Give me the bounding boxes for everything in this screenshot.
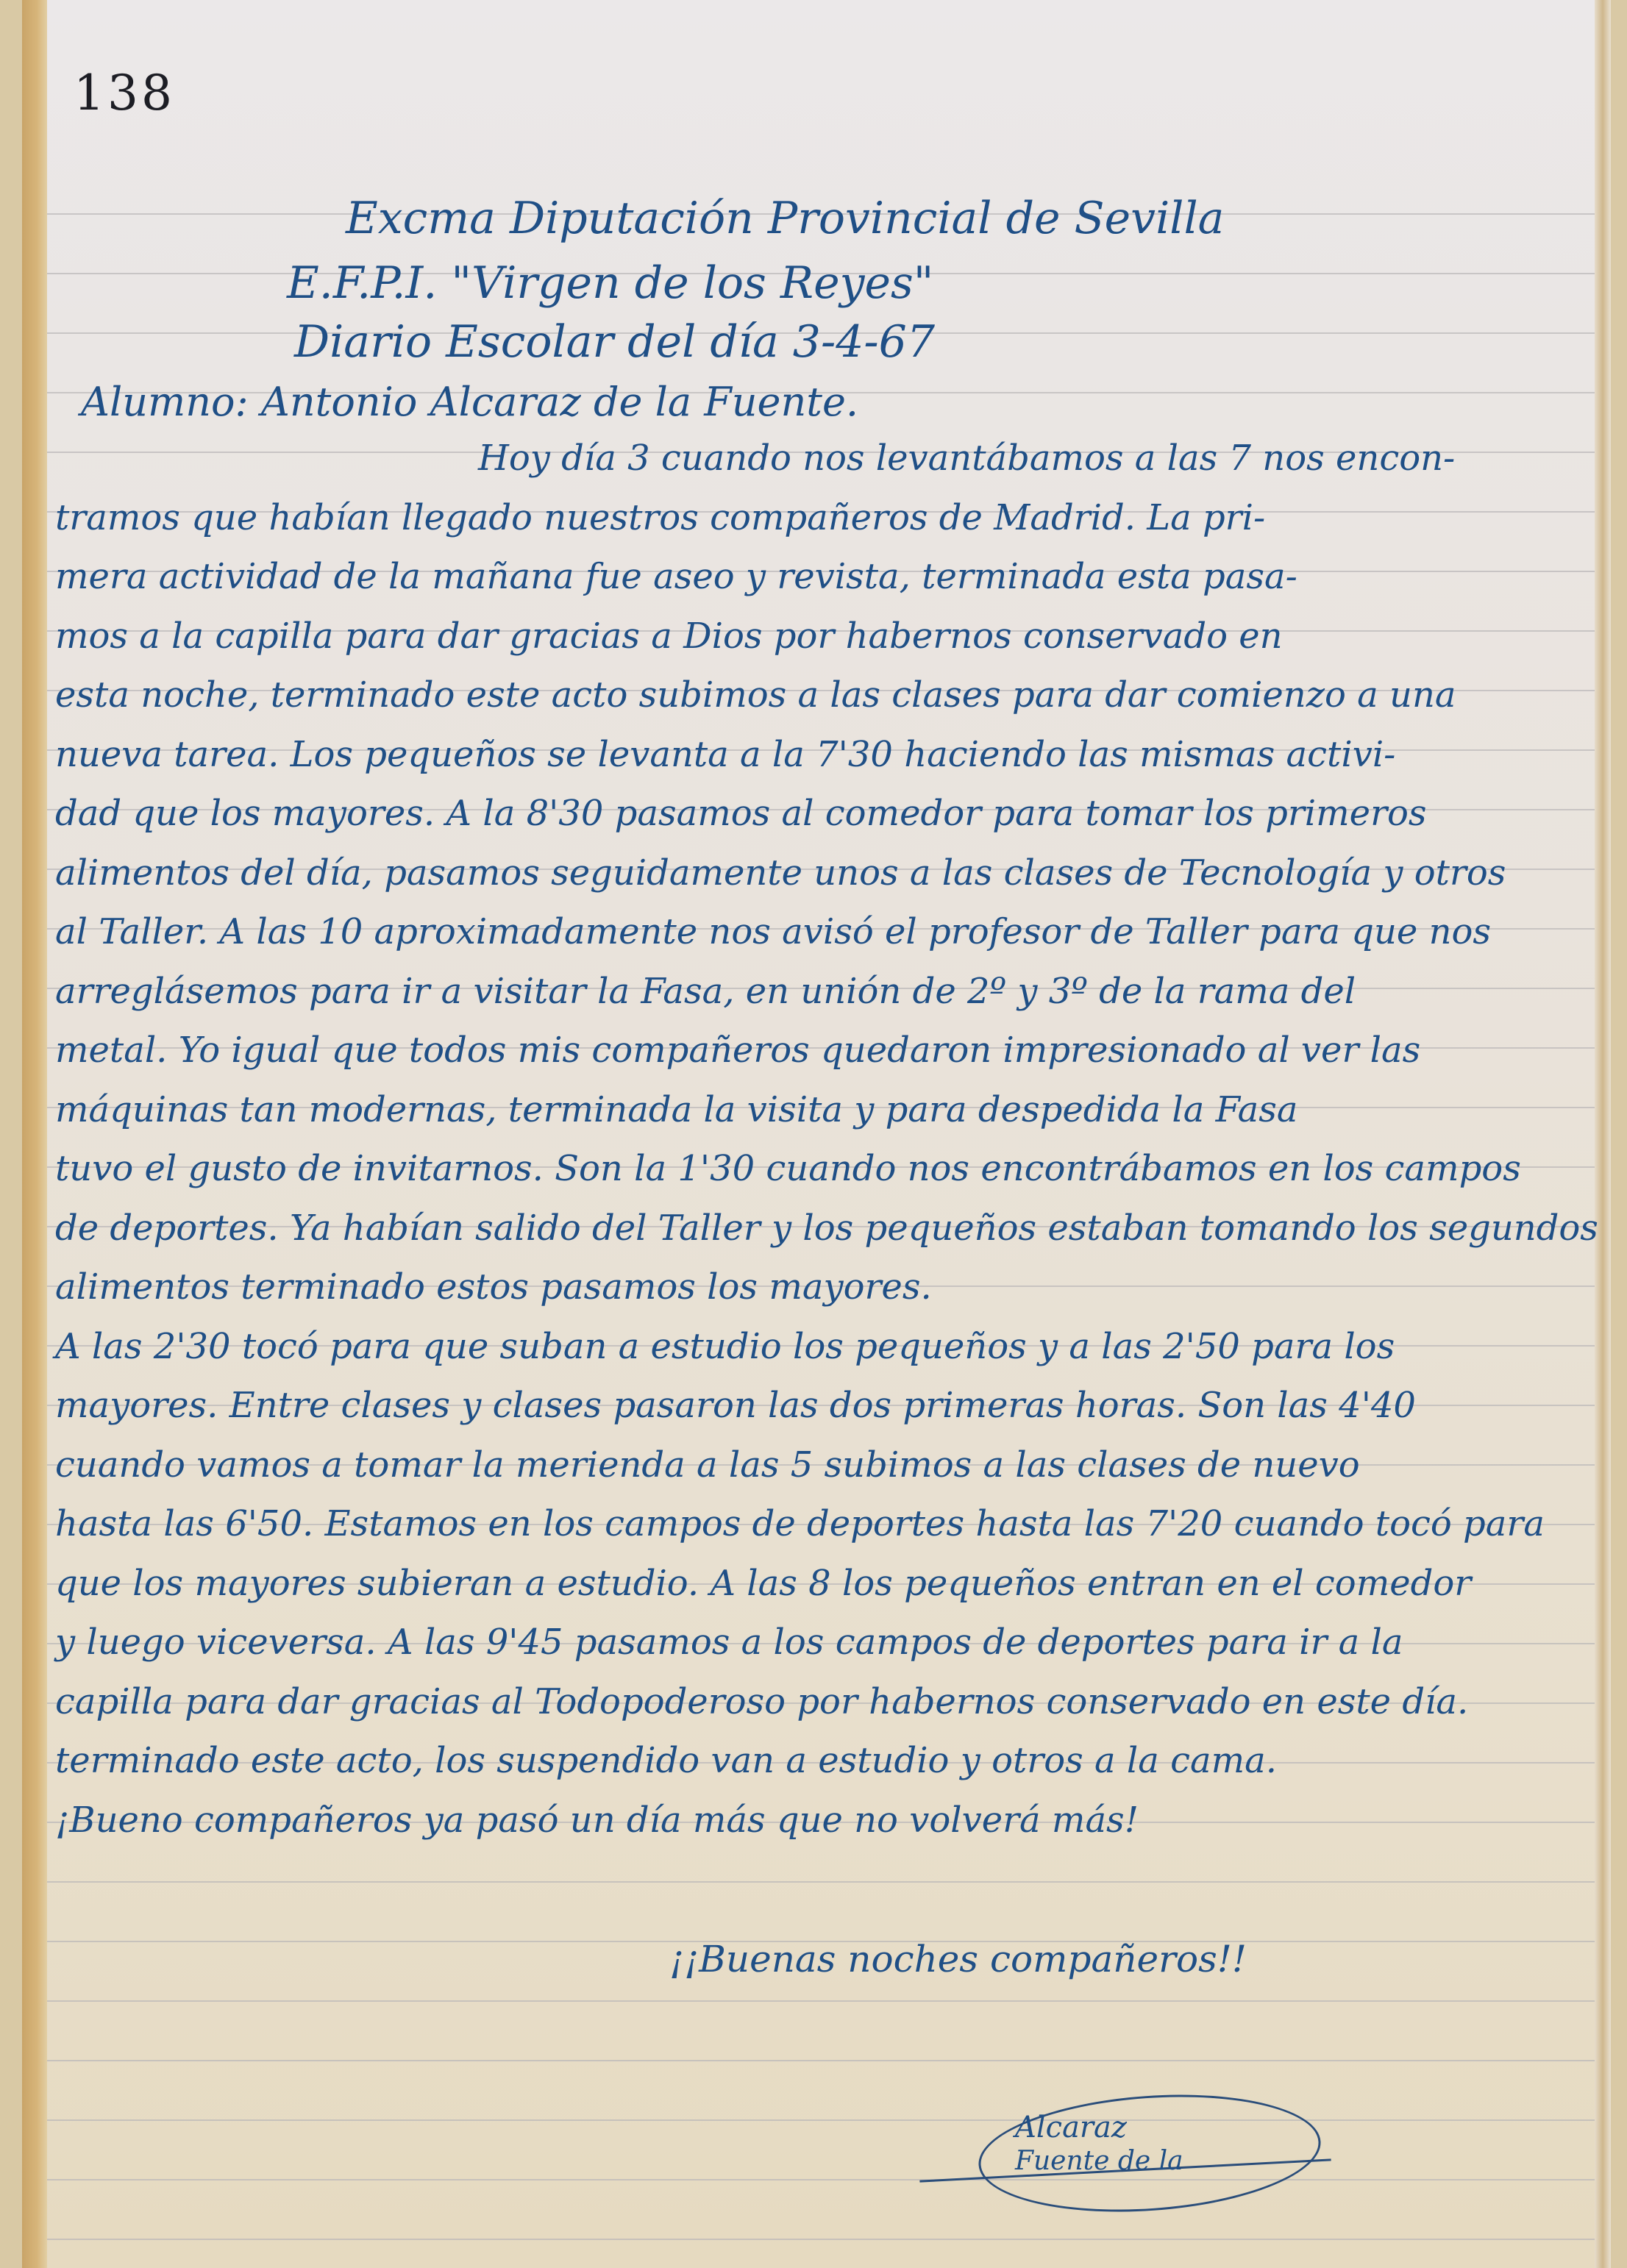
diary-line: Hoy día 3 cuando nos levantábamos a las … (478, 438, 1455, 479)
header-school: E.F.P.I. "Virgen de los Reyes" (287, 257, 933, 309)
page-left-edge (22, 0, 47, 2268)
header-institution: Excma Diputación Provincial de Sevilla (346, 193, 1224, 244)
diary-line: mayores. Entre clases y clases pasaron l… (55, 1385, 1416, 1426)
diary-line: esta noche, terminado este acto subimos … (55, 674, 1456, 716)
ruled-line (47, 2060, 1595, 2061)
diary-line: alimentos terminado estos pasamos los ma… (55, 1266, 932, 1308)
ruled-line (47, 2000, 1595, 2002)
ruled-line (47, 2119, 1595, 2121)
diary-line: y luego viceversa. A las 9'45 pasamos a … (55, 1622, 1403, 1663)
signature: Alcaraz Fuente de la (971, 2089, 1353, 2236)
diary-line: cuando vamos a tomar la merienda a las 5… (55, 1444, 1360, 1486)
diary-line: mera actividad de la mañana fue aseo y r… (55, 556, 1297, 597)
header-student: Alumno: Antonio Alcaraz de la Fuente. (81, 379, 858, 425)
page-right-edge (1595, 0, 1611, 2268)
ruled-line (47, 2239, 1595, 2240)
diary-line: ¡Bueno compañeros ya pasó un día más que… (55, 1800, 1139, 1841)
ruled-line (47, 1881, 1595, 1883)
diary-line: terminado este acto, los suspendido van … (55, 1740, 1277, 1781)
signature-line1: Alcaraz (1015, 2111, 1127, 2144)
closing-greeting: ¡¡Buenas noches compañeros!! (669, 1938, 1247, 1980)
diary-line: metal. Yo igual que todos mis compañeros… (55, 1030, 1420, 1071)
diary-line: tuvo el gusto de invitarnos. Son la 1'30… (55, 1148, 1521, 1189)
signature-line2: Fuente de la (1015, 2146, 1183, 2176)
diary-line: alimentos del día, pasamos seguidamente … (55, 852, 1506, 894)
page-number: 138 (74, 65, 175, 121)
notebook-page: 138 Excma Diputación Provincial de Sevil… (22, 0, 1611, 2268)
diary-line: tramos que habían llegado nuestros compa… (55, 497, 1265, 538)
header-diary-date: Diario Escolar del día 3-4-67 (294, 316, 935, 368)
diary-line: A las 2'30 tocó para que suban a estudio… (55, 1326, 1395, 1367)
diary-line: capilla para dar gracias al Todopoderoso… (55, 1681, 1468, 1722)
diary-line: arreglásemos para ir a visitar la Fasa, … (55, 971, 1356, 1012)
diary-line: de deportes. Ya habían salido del Taller… (55, 1208, 1598, 1249)
ruled-line (47, 2179, 1595, 2180)
diary-line: dad que los mayores. A la 8'30 pasamos a… (55, 793, 1427, 834)
diary-line: al Taller. A las 10 aproximadamente nos … (55, 911, 1491, 952)
diary-line: hasta las 6'50. Estamos en los campos de… (55, 1503, 1545, 1544)
diary-line: que los mayores subieran a estudio. A la… (55, 1563, 1471, 1604)
diary-line: nueva tarea. Los pequeños se levanta a l… (55, 734, 1395, 775)
diary-line: máquinas tan modernas, terminada la visi… (55, 1089, 1298, 1130)
diary-line: mos a la capilla para dar gracias a Dios… (55, 616, 1283, 657)
